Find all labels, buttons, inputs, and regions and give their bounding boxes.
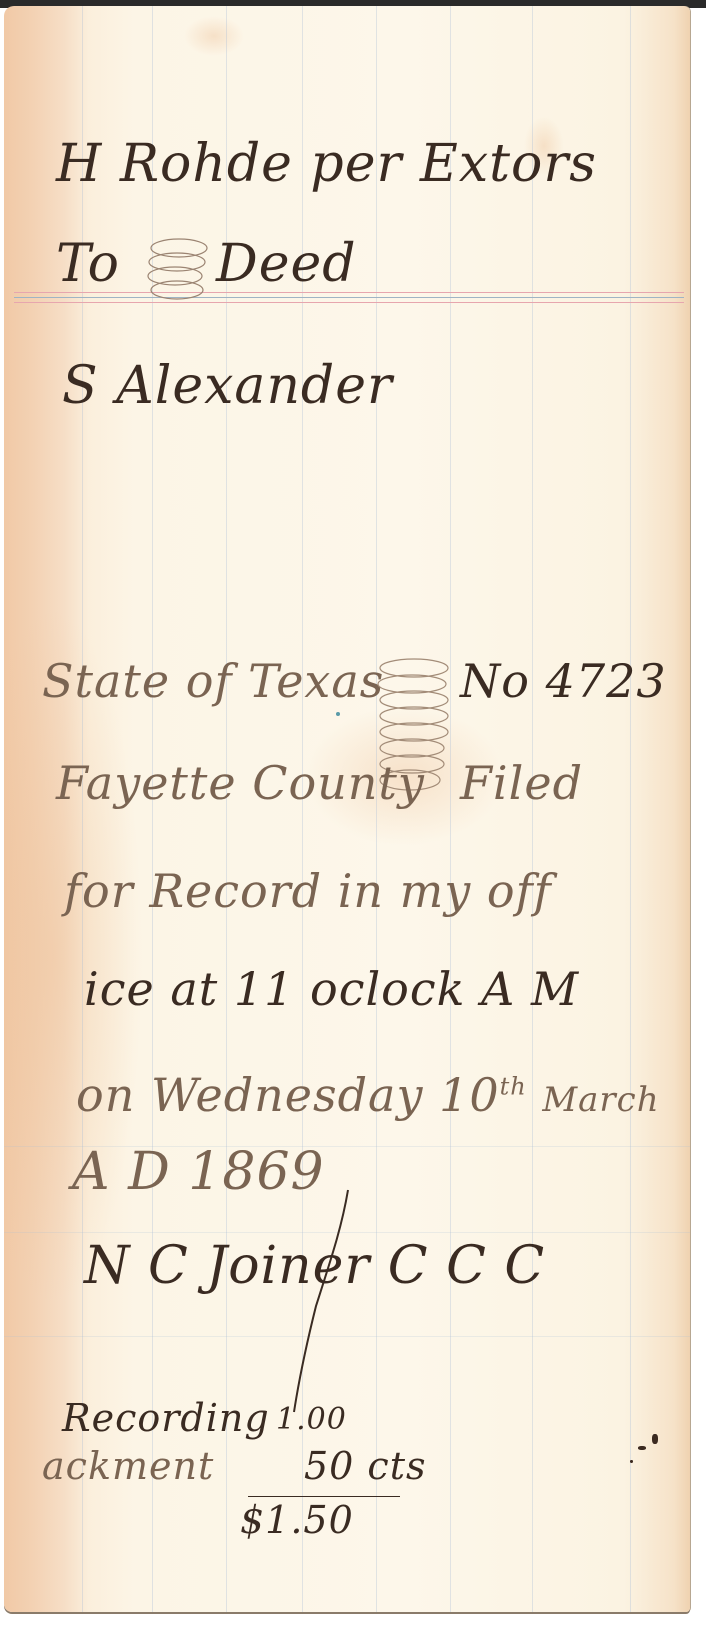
ink-speck xyxy=(638,1446,646,1450)
fee-total: $1.50 xyxy=(240,1498,354,1542)
flourish-icon xyxy=(144,230,214,310)
signature-stroke-icon xyxy=(272,1186,352,1416)
grantee-line: S Alexander xyxy=(62,356,393,416)
ink-speck xyxy=(336,712,340,716)
to-word: To xyxy=(56,234,120,294)
acknowledgment-fee-label: ackment xyxy=(42,1444,214,1488)
recording-fee-amount: 1.00 xyxy=(276,1402,347,1437)
filed-word: Filed xyxy=(460,756,583,810)
recording-fee-label: Recording xyxy=(62,1396,270,1440)
day-line: on Wednesday 10th March xyxy=(76,1068,660,1122)
grantor-line: H Rohde per Extors xyxy=(56,134,597,194)
time-line: ice at 11 oclock A M xyxy=(84,962,579,1016)
ink-speck xyxy=(652,1434,658,1444)
acknowledgment-fee-amount: 50 cts xyxy=(304,1444,427,1488)
day-suffix: th xyxy=(500,1073,527,1101)
deed-word: Deed xyxy=(216,234,357,294)
month-text: March xyxy=(542,1080,659,1120)
day-text: on Wednesday 10 xyxy=(76,1068,500,1122)
record-line: for Record in my off xyxy=(64,864,552,918)
fee-total-rule xyxy=(248,1496,400,1497)
top-stain xyxy=(184,16,244,56)
state-line: State of Texas xyxy=(42,654,384,708)
document-page: H Rohde per Extors To Deed S Alexander S… xyxy=(0,0,706,1630)
ink-speck xyxy=(630,1460,633,1463)
instrument-number: No 4723 xyxy=(460,654,667,708)
county-line: Fayette County xyxy=(56,756,425,810)
vertical-rule xyxy=(630,6,631,1612)
vertical-rule xyxy=(450,6,451,1612)
paper-sheet: H Rohde per Extors To Deed S Alexander S… xyxy=(4,6,690,1612)
